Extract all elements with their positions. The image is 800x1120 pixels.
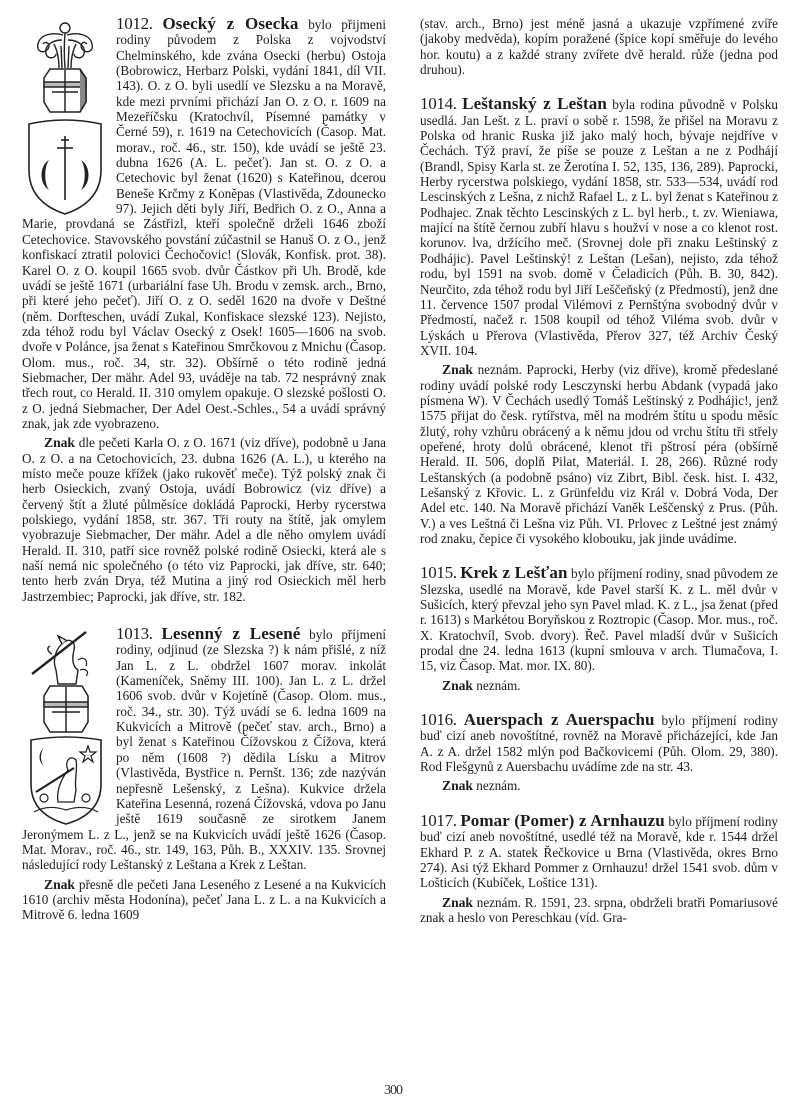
znak-label: Znak xyxy=(44,435,75,450)
znak-paragraph: Znak neznám. xyxy=(420,778,778,793)
entry-1015: 1015. Krek z Lešťan bylo příjmení rodiny… xyxy=(420,565,778,693)
entry-1016: 1016. Auerspach z Auerspachu bylo příjme… xyxy=(420,712,778,794)
entry-heading: 1015. Krek z Lešťan xyxy=(420,566,571,581)
entry-body: 1017. Pomar (Pomer) z Arnhauzu bylo příj… xyxy=(420,813,778,891)
znak-label: Znak xyxy=(442,678,473,693)
entry-body: 1015. Krek z Lešťan bylo příjmení rodiny… xyxy=(420,565,778,673)
continued-text: (stav. arch., Brno) jest méně jasná a uk… xyxy=(420,16,778,77)
znak-label: Znak xyxy=(442,895,473,910)
entry-heading: 1016. Auerspach z Auerspachu xyxy=(420,713,662,728)
znak-label: Znak xyxy=(442,778,473,793)
entry-number: 1015. xyxy=(420,563,457,582)
entry-number: 1013. xyxy=(116,624,153,643)
entry-title: Osecký z Osecka xyxy=(162,14,298,33)
coat-of-arms-osecky-icon xyxy=(26,20,104,216)
entry-title: Krek z Lešťan xyxy=(460,563,567,582)
left-column: 1012. Osecký z Osecka xyxy=(22,16,386,923)
znak-text: neznám. xyxy=(473,778,521,793)
znak-paragraph: Znak neznám. xyxy=(420,678,778,693)
entry-number: 1014. xyxy=(420,94,457,113)
znak-label: Znak xyxy=(442,362,473,377)
entry-body: 1013. Lesenný z Lesené xyxy=(22,626,386,873)
entry-title: Pomar (Pomer) z Arnhauzu xyxy=(460,811,664,830)
entry-number: 1017. xyxy=(420,811,457,830)
znak-paragraph: Znak neznám. R. 1591, 23. srpna, obdržel… xyxy=(420,895,778,926)
znak-paragraph: Znak přesně dle pečeti Jana Leseného z L… xyxy=(22,877,386,923)
page-number: 300 xyxy=(384,1083,402,1099)
entry-1013: 1013. Lesenný z Lesené xyxy=(22,626,386,923)
entry-body: 1012. Osecký z Osecka xyxy=(22,16,386,431)
entry-text: byla rodina původně v Polsku usedlá. Jan… xyxy=(420,97,778,358)
entry-1012: 1012. Osecký z Osecka xyxy=(22,16,386,604)
entry-title: Leštanský z Leštan xyxy=(462,94,607,113)
entry-body: 1014. Leštanský z Leštan byla rodina pův… xyxy=(420,96,778,358)
entry-heading: 1017. Pomar (Pomer) z Arnhauzu xyxy=(420,814,668,829)
znak-label: Znak xyxy=(44,877,75,892)
znak-text: dle pečeti Karla O. z O. 1671 (viz dříve… xyxy=(22,435,386,603)
right-column: (stav. arch., Brno) jest méně jasná a uk… xyxy=(420,16,778,925)
entry-heading: 1012. Osecký z Osecka xyxy=(116,17,308,32)
book-page: 1012. Osecký z Osecka xyxy=(0,0,800,1120)
entry-title: Lesenný z Lesené xyxy=(161,624,300,643)
znak-paragraph: Znak neznám. Paprocki, Herby (viz dříve)… xyxy=(420,362,778,546)
entry-1014: 1014. Leštanský z Leštan byla rodina pův… xyxy=(420,96,778,546)
entry-title: Auerspach z Auerspachu xyxy=(464,710,655,729)
znak-paragraph: Znak dle pečeti Karla O. z O. 1671 (viz … xyxy=(22,435,386,604)
entry-heading: 1013. Lesenný z Lesené xyxy=(116,627,309,642)
coat-of-arms-lesenny-icon xyxy=(28,630,104,826)
entry-heading: 1014. Leštanský z Leštan xyxy=(420,97,612,112)
entry-number: 1012. xyxy=(116,14,153,33)
znak-text: neznám. xyxy=(473,678,521,693)
znak-text: přesně dle pečeti Jana Leseného z Lesené… xyxy=(22,877,386,923)
entry-1017: 1017. Pomar (Pomer) z Arnhauzu bylo příj… xyxy=(420,813,778,925)
znak-text: neznám. Paprocki, Herby (viz dříve), kro… xyxy=(420,362,778,546)
entry-text: bylo příjmení rodiny, snad původem ze Sl… xyxy=(420,566,778,673)
entry-number: 1016. xyxy=(420,710,457,729)
znak-text: neznám. R. 1591, 23. srpna, obdrželi bra… xyxy=(420,895,778,925)
entry-body: 1016. Auerspach z Auerspachu bylo příjme… xyxy=(420,712,778,774)
